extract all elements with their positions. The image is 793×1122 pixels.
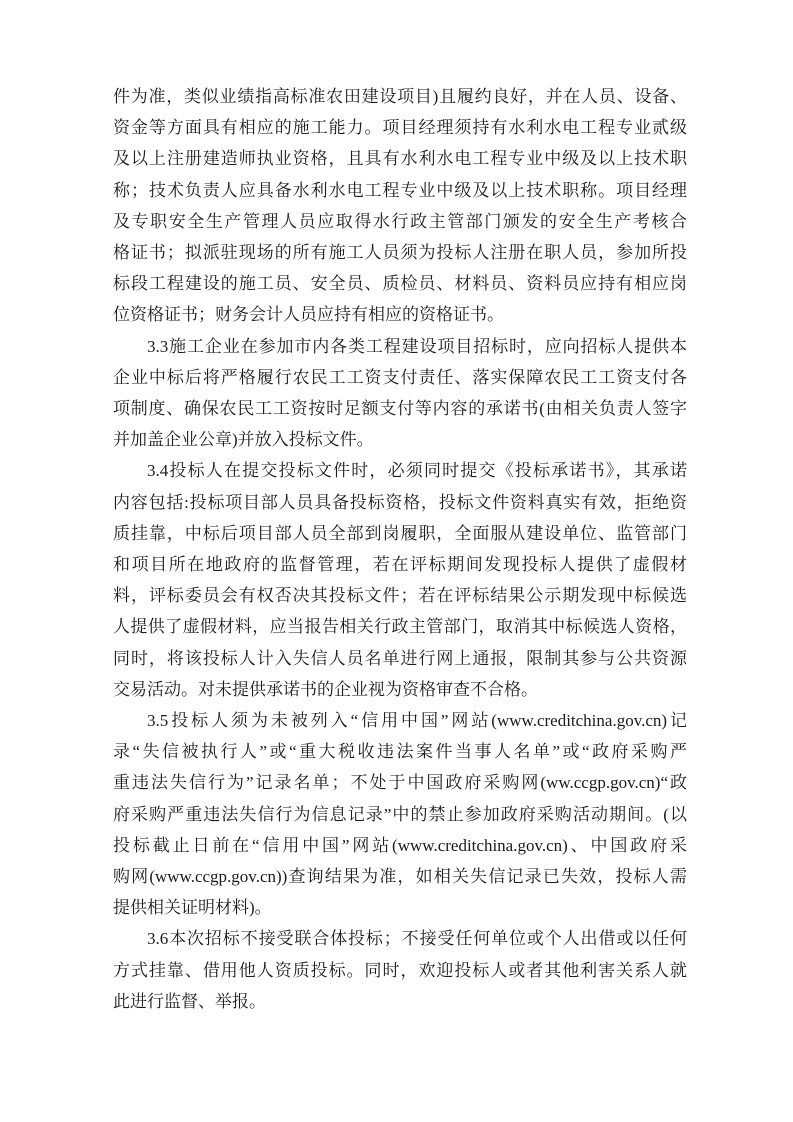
text-line: 3.6本次招标不接受联合体投标；不接受任何单位或个人出借或以任何 (113, 923, 687, 954)
text-line: 投标截止日前在“信用中国”网站(www.creditchina.gov.cn)、… (113, 830, 687, 861)
text-line: 人提供了虚假材料，应当报告相关行政主管部门，取消其中标候选人资格， (113, 611, 687, 642)
text-line: 录“失信被执行人”或“重大税收违法案件当事人名单”或“政府采购严 (113, 736, 687, 767)
text-line: 及以上注册建造师执业资格，且具有水利水电工程专业中级及以上技术职 (113, 143, 687, 174)
text-line: 交易活动。对未提供承诺书的企业视为资格审查不合格。 (113, 674, 687, 705)
text-line: 购网(www.ccgp.gov.cn))查询结果为准，如相关失信记录已失效，投标… (113, 861, 687, 892)
text-line: 及专职安全生产管理人员应取得水行政主管部门颁发的安全生产考核合 (113, 206, 687, 237)
text-line: 3.3施工企业在参加市内各类工程建设项目招标时，应向招标人提供本 (113, 331, 687, 362)
document-page: 件为准，类似业绩指高标准农田建设项目)且履约良好，并在人员、设备、 资金等方面具… (0, 0, 793, 1122)
text-line: 和项目所在地政府的监督管理，若在评标期间发现投标人提供了虚假材 (113, 549, 687, 580)
paragraph-clause-3-6: 3.6本次招标不接受联合体投标；不接受任何单位或个人出借或以任何 方式挂靠、借用… (113, 923, 687, 1017)
text-line: 件为准，类似业绩指高标准农田建设项目)且履约良好，并在人员、设备、 (113, 81, 687, 112)
text-line: 3.4投标人在提交投标文件时，必须同时提交《投标承诺书》，其承诺 (113, 455, 687, 486)
text-line: 内容包括:投标项目部人员具备投标资格，投标文件资料真实有效，拒绝资 (113, 487, 687, 518)
text-line: 方式挂靠、借用他人资质投标。同时，欢迎投标人或者其他利害关系人就 (113, 955, 687, 986)
text-line: 同时，将该投标人计入失信人员名单进行网上通报，限制其参与公共资源 (113, 643, 687, 674)
paragraph-clause-3-5: 3.5投标人须为未被列入“信用中国”网站(www.creditchina.gov… (113, 705, 687, 923)
text-line: 企业中标后将严格履行农民工工资支付责任、落实保障农民工工资支付各 (113, 362, 687, 393)
text-line: 项制度、确保农民工工资按时足额支付等内容的承诺书(由相关负责人签字 (113, 393, 687, 424)
text-line: 并加盖企业公章)并放入投标文件。 (113, 424, 687, 455)
text-line: 位资格证书；财务会计人员应持有相应的资格证书。 (113, 299, 687, 330)
text-line: 料，评标委员会有权否决其投标文件；若在评标结果公示期发现中标候选 (113, 580, 687, 611)
text-line: 格证书；拟派驻现场的所有施工人员须为投标人注册在职人员，参加所投 (113, 237, 687, 268)
text-line: 资金等方面具有相应的施工能力。项目经理须持有水利水电工程专业贰级 (113, 112, 687, 143)
text-line: 称；技术负责人应具备水利水电工程专业中级及以上技术职称。项目经理 (113, 175, 687, 206)
text-line: 提供相关证明材料)。 (113, 892, 687, 923)
text-line: 3.5投标人须为未被列入“信用中国”网站(www.creditchina.gov… (113, 705, 687, 736)
paragraph-clause-3-3: 3.3施工企业在参加市内各类工程建设项目招标时，应向招标人提供本 企业中标后将严… (113, 331, 687, 456)
text-line: 府采购严重违法失信行为信息记录”中的禁止参加政府采购活动期间。(以 (113, 799, 687, 830)
text-line: 标段工程建设的施工员、安全员、质检员、材料员、资料员应持有相应岗 (113, 268, 687, 299)
paragraph-continuation: 件为准，类似业绩指高标准农田建设项目)且履约良好，并在人员、设备、 资金等方面具… (113, 81, 687, 331)
paragraph-clause-3-4: 3.4投标人在提交投标文件时，必须同时提交《投标承诺书》，其承诺 内容包括:投标… (113, 455, 687, 705)
text-line: 此进行监督、举报。 (113, 986, 687, 1017)
text-line: 重违法失信行为”记录名单；不处于中国政府采购网(ww.ccgp.gov.cn)“… (113, 767, 687, 798)
text-line: 质挂靠，中标后项目部人员全部到岗履职，全面服从建设单位、监管部门 (113, 518, 687, 549)
